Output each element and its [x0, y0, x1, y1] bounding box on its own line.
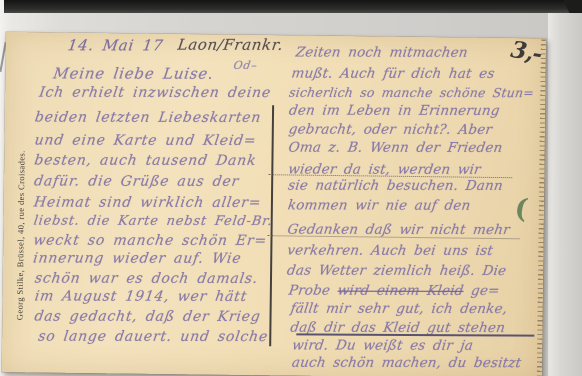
- handwriting-line: mußt. Auch für dich hat es: [290, 66, 495, 82]
- handwriting-line: und eine Karte und Kleid=: [34, 133, 258, 149]
- green-paint-mark: (: [512, 192, 530, 225]
- crossed-out-text: wird einem Kleid: [337, 283, 465, 299]
- handwriting-line: Gedanken daß wir nicht mehr: [286, 222, 511, 238]
- handwriting-line: wird. Du weißt es dir ja: [291, 337, 474, 353]
- handwriting-line: beiden letzten Liebeskarten: [34, 110, 262, 126]
- top-shadow-band: [4, 0, 570, 13]
- text-after-strike: ge=: [462, 283, 500, 299]
- heading-date: 14. Mai 17: [67, 36, 165, 54]
- handwriting-line: weckt so manche schön Er=: [32, 233, 268, 249]
- handwriting-line: auch schön machen, du besitzt: [291, 355, 523, 371]
- handwriting-line: sicherlich so manche schöne Stun=: [288, 85, 535, 100]
- handwriting-line: innerung wieder auf. Wie: [32, 250, 242, 266]
- handwriting-line: verkehren. Auch bei uns ist: [286, 243, 494, 259]
- handwriting-line: sie natürlich besuchen. Dann: [287, 178, 504, 194]
- publisher-imprint: Georg Stilke, Brüssel, 40, rue des Crois…: [14, 150, 26, 320]
- handwriting-line-with-strikethrough: Probe wird einem Kleid ge=: [288, 283, 501, 299]
- handwriting-line: liebst. die Karte nebst Feld-Br.: [33, 214, 274, 229]
- handwriting-line: wieder da ist, werden wir: [287, 161, 482, 177]
- handwriting-line: besten, auch tausend Dank: [33, 153, 257, 169]
- handwriting-line: das Wetter ziemlich heiß. Die: [286, 263, 507, 279]
- handwriting-line: gebracht, oder nicht?. Aber: [288, 122, 494, 138]
- handwriting-line: Heimat sind wirklich aller=: [33, 195, 263, 211]
- salutation-line: Meine liebe Luise.: [52, 64, 215, 82]
- handwriting-line: im August 1914, wer hätt: [34, 288, 249, 304]
- text-before-strike: Probe: [288, 283, 339, 299]
- handwriting-line: den im Leben in Erinnerung: [288, 103, 501, 119]
- perforated-edge: [537, 39, 546, 376]
- handwriting-line: schön war es doch damals.: [34, 271, 259, 287]
- handwriting-line: fällt mir sehr gut, ich denke,: [290, 301, 509, 317]
- photo-scene: Georg Stilke, Brüssel, 40, rue des Crois…: [0, 0, 582, 376]
- postcard: Georg Stilke, Brüssel, 40, rue des Crois…: [2, 32, 546, 376]
- handwriting-line: kommen wir nie auf den: [287, 197, 472, 213]
- handwriting-line: Zeiten noch mitmachen: [295, 44, 469, 60]
- heading-place: Laon/Frankr.: [177, 36, 285, 54]
- handwriting-line: das gedacht, daß der Krieg: [33, 309, 261, 325]
- price-pencil-mark: 3,-: [509, 36, 544, 68]
- handwriting-line: Oma z. B. Wenn der Frieden: [287, 140, 503, 156]
- handwriting-line: Ich erhielt inzwischen deine: [38, 85, 272, 101]
- handwriting-line: so lange dauert. und solche: [37, 329, 269, 345]
- note-squiggle: Od–: [233, 59, 259, 72]
- background-right-margin: [548, 13, 582, 376]
- handwriting-line: dafür. die Grüße aus der: [33, 173, 240, 189]
